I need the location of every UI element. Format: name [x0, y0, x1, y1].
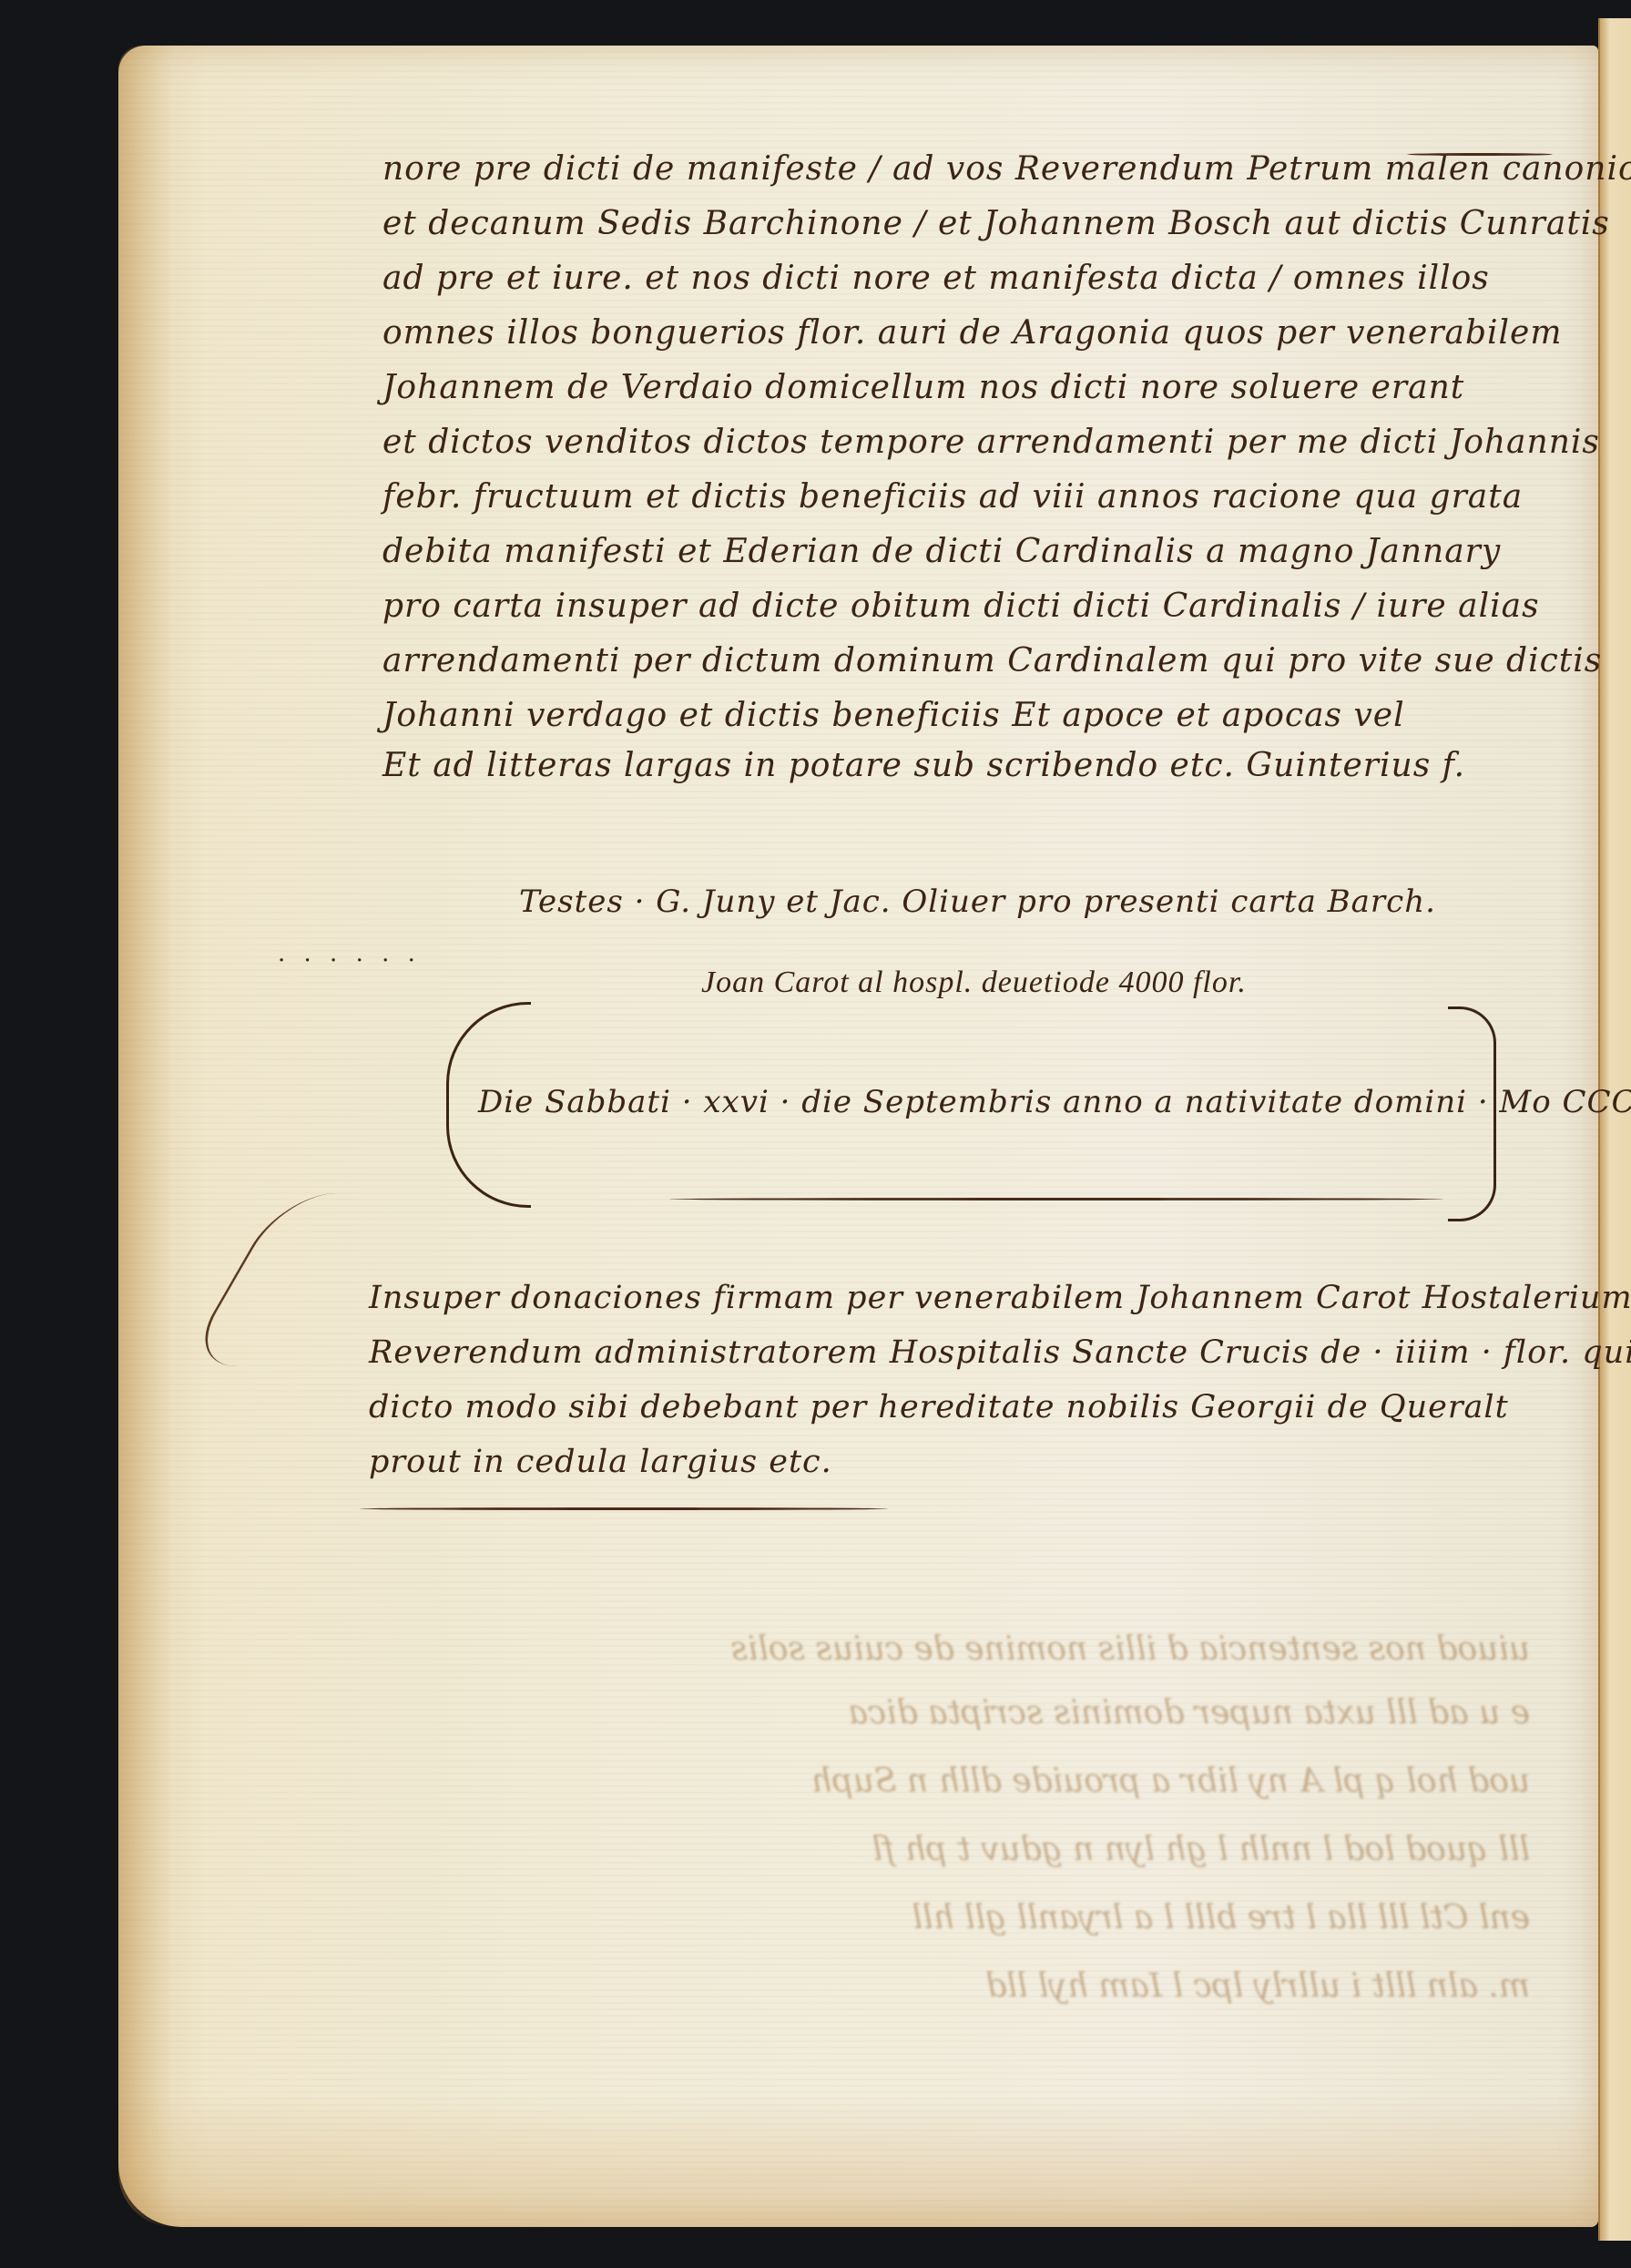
witness-line: Testes · G. Juny et Jac. Oliuer pro pres… — [519, 884, 1436, 920]
main-text-line: Et ad litteras largas in potare sub scri… — [382, 747, 1465, 784]
bleed-through-line: enl Ctl lll lla l tre blll l a lryanll g… — [301, 1899, 1530, 1936]
main-text-line: debita manifesti et Ederian de dicti Car… — [382, 533, 1501, 570]
bleed-through-line: uiuod nos sentencia d illis nomine de cu… — [301, 1630, 1530, 1668]
margin-dots: · · · · · · — [278, 947, 421, 975]
adjacent-leaf-edge — [1598, 18, 1631, 2241]
entry-text-line: prout in cedula largius etc. — [369, 1444, 832, 1480]
main-text-line: arrendamenti per dictum dominum Cardinal… — [382, 642, 1602, 679]
edge-stain-bottom — [118, 2095, 1598, 2227]
dated-heading: Die Sabbati · xxvi · die Septembris anno… — [478, 1084, 1631, 1120]
entry-text-line: Insuper donaciones firmam per venerabile… — [369, 1280, 1631, 1316]
main-text-line: et decanum Sedis Barchinone / et Johanne… — [382, 205, 1610, 242]
main-text-line: nore pre dicti de manifeste / ad vos Rev… — [382, 150, 1631, 188]
bleed-through-line: m. aln lllt i ullrly lpc l Iam hyl lld — [301, 1967, 1530, 2005]
main-text-line: febr. fructuum et dictis beneficiis ad v… — [382, 478, 1523, 516]
bleed-through-line: uod hol q pl A ny libr a prouide dllh n … — [301, 1762, 1530, 1800]
main-text-line: Johanni verdago et dictis beneficiis Et … — [382, 697, 1405, 734]
entry-text-line: dicto modo sibi debebant per hereditate … — [369, 1389, 1509, 1425]
entry-text-line: Reverendum administratorem Hospitalis Sa… — [369, 1334, 1631, 1371]
main-text-line: pro carta insuper ad dicte obitum dicti … — [382, 587, 1540, 625]
edge-stain-left — [118, 46, 173, 2227]
bleed-through-line: e u ad lll uxta nuper dominis scripta di… — [301, 1694, 1530, 1732]
entry-underline — [360, 1507, 888, 1510]
heading-underline — [669, 1198, 1443, 1200]
margin-note: Joan Carot al hospl. deuetiode 4000 flor… — [701, 965, 1247, 1000]
main-text-line: et dictos venditos dictos tempore arrend… — [382, 424, 1600, 461]
main-text-line: ad pre et iure. et nos dicti nore et man… — [382, 260, 1490, 297]
main-text-line: omnes illos bonguerios flor. auri de Ara… — [382, 314, 1563, 352]
main-text-line: Johannem de Verdaio domicellum nos dicti… — [382, 369, 1464, 406]
line-end-flourish — [1407, 153, 1553, 156]
bleed-through-line: lll quod lod l nnlh l gh lyn n gduv t ph… — [301, 1831, 1530, 1868]
